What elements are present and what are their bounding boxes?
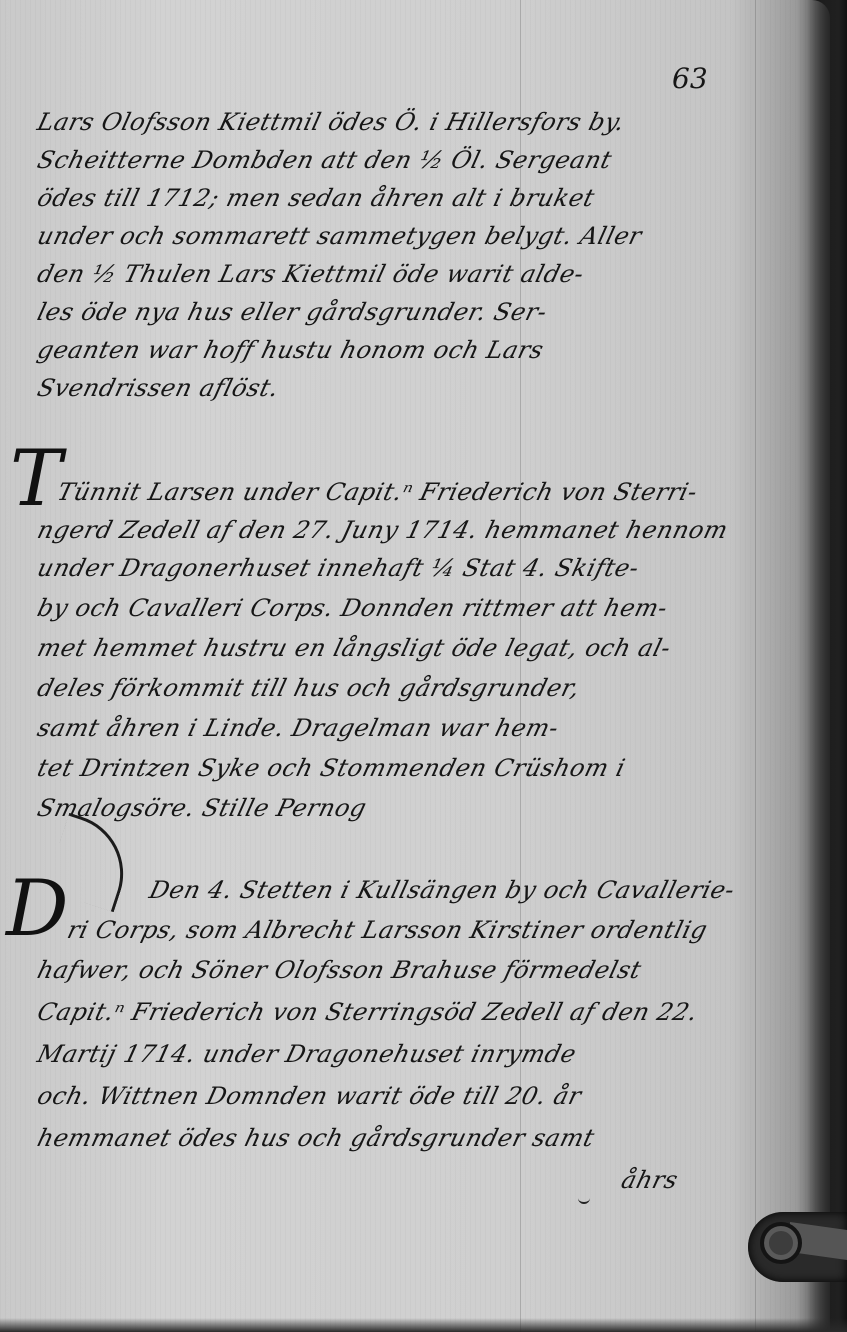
- text-line: Den 4. Stetten i Kullsängen by och Caval…: [147, 876, 738, 904]
- paper-line: [755, 0, 756, 1332]
- text-line: samt åhren i Linde. Dragelman war hem-: [35, 714, 562, 742]
- text-line: met hemmet hustru en långsligt öde legat…: [35, 634, 674, 662]
- text-line: les öde nya hus eller gårdsgrunder. Ser-: [35, 298, 551, 326]
- text-line: hafwer, och Söner Olofsson Brahuse förme…: [35, 956, 645, 984]
- text-line: den ½ Thulen Lars Kiettmil öde warit ald…: [35, 260, 587, 288]
- flourish-mark: [578, 1196, 590, 1204]
- text-line: ngerd Zedell af den 27. Juny 1714. hemma…: [35, 516, 731, 544]
- page-bottom-shadow: [0, 1318, 847, 1332]
- text-line: under och sommarett sammetygen belygt. A…: [35, 222, 645, 250]
- catchword: åhrs: [619, 1166, 682, 1194]
- text-line: ödes till 1712; men sedan åhren alt i br…: [35, 184, 598, 212]
- text-line: Svendrissen aflöst.: [35, 374, 282, 402]
- text-line: och. Wittnen Domnden warit öde till 20. …: [35, 1082, 585, 1110]
- decorated-initial: D: [6, 870, 69, 948]
- text-line: Scheitterne Dombden att den ½ Öl. Sergea…: [35, 146, 615, 174]
- text-line: by och Cavalleri Corps. Donnden rittmer …: [35, 594, 671, 622]
- text-line: Lars Olofsson Kiettmil ödes Ö. i Hillers…: [35, 108, 628, 136]
- text-line: deles förkommit till hus och gårdsgrunde…: [35, 674, 583, 702]
- text-line: Tünnit Larsen under Capit.ⁿ Friederich v…: [55, 478, 701, 506]
- text-line: geanten war hoff hustu honom och Lars: [35, 336, 547, 364]
- manuscript-page: 63 Lars Olofsson Kiettmil ödes Ö. i Hill…: [0, 0, 830, 1332]
- page-number: 63: [672, 62, 708, 95]
- text-line: Martij 1714. under Dragonehuset inrymde: [35, 1040, 580, 1068]
- text-line: under Dragonerhuset innehaft ¼ Stat 4. S…: [35, 554, 643, 582]
- text-line: hemmanet ödes hus och gårdsgrunder samt: [35, 1124, 598, 1152]
- page-edge-shadow: [807, 0, 847, 1332]
- decorated-initial: T: [10, 440, 62, 518]
- clip-screw-icon: [760, 1222, 802, 1264]
- text-line: ri Corps, som Albrecht Larsson Kirstiner…: [65, 916, 711, 944]
- text-line: tet Drintzen Syke och Stommenden Crüshom…: [35, 754, 629, 782]
- text-line: Capit.ⁿ Friederich von Sterringsöd Zedel…: [35, 998, 701, 1026]
